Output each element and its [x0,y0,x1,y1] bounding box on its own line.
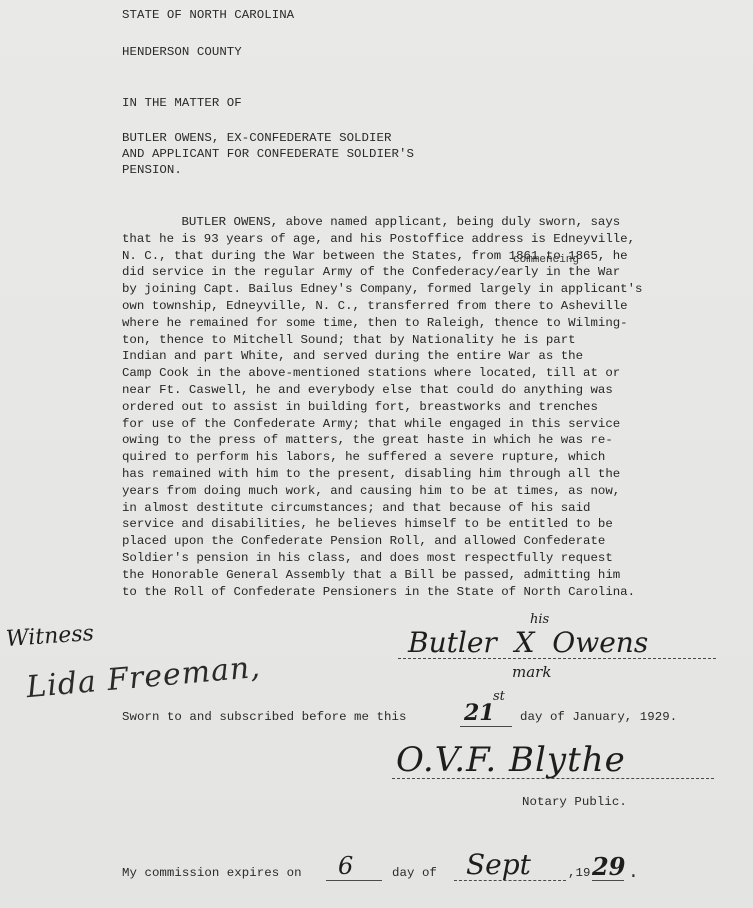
commission-day-line [326,880,382,881]
jurat-suffix: day of January, 1929. [520,710,677,724]
affidavit-line: BUTLER OWENS, above named applicant, bei… [122,214,643,231]
matter-heading: IN THE MATTER OF [122,96,242,110]
affidavit-line: Camp Cook in the above-mentioned station… [122,365,643,382]
affidavit-line: years from doing much work, and causing … [122,483,643,500]
jurat-day-line [460,726,512,727]
notary-signature: O.V.F. Blythe [396,740,626,780]
commission-end: . [628,866,639,880]
document-page: STATE OF NORTH CAROLINA HENDERSON COUNTY… [0,0,753,908]
commission-month: Sept [466,848,531,881]
commission-month-line [454,880,566,881]
affidavit-line: the Honorable General Assembly that a Bi… [122,567,643,584]
affidavit-line: where he remained for some time, then to… [122,315,643,332]
applicant-signature: Butler X Owens [408,626,648,659]
affidavit-line: did service in the regular Army of the C… [122,264,643,281]
caption-line-3: PENSION. [122,163,182,177]
commission-day: 6 [338,852,353,880]
state-heading: STATE OF NORTH CAROLINA [122,8,294,22]
commission-prefix: My commission expires on [122,866,302,880]
affidavit-line: owing to the press of matters, the great… [122,432,643,449]
witness-label: Witness [5,621,94,652]
county-heading: HENDERSON COUNTY [122,45,242,59]
applicant-signature-line [398,658,716,659]
interlineation: commencing [513,254,579,266]
commission-year-prefix: ,19 [568,866,590,880]
affidavit-line: own township, Edneyville, N. C., transfe… [122,298,643,315]
jurat-day: 21 [464,700,495,726]
affidavit-line: for use of the Confederate Army; that wh… [122,416,643,433]
affidavit-line: service and disabilities, he believes hi… [122,516,643,533]
caption-line-1: BUTLER OWENS, EX-CONFEDERATE SOLDIER [122,131,391,145]
affidavit-line: has remained with him to the present, di… [122,466,643,483]
notary-signature-line [392,778,714,779]
mark-below: mark [512,663,551,681]
affidavit-line: ton, thence to Mitchell Sound; that by N… [122,332,643,349]
affidavit-line: by joining Capt. Bailus Edney's Company,… [122,281,643,298]
affidavit-line: to the Roll of Confederate Pensioners in… [122,584,643,601]
witness-signature: Lida Freeman, [25,650,262,705]
affidavit-line: that he is 93 years of age, and his Post… [122,231,643,248]
mark-above: his [530,612,549,627]
affidavit-line: quired to perform his labors, he suffere… [122,449,643,466]
affidavit-line: placed upon the Confederate Pension Roll… [122,533,643,550]
affidavit-line: ordered out to assist in building fort, … [122,399,643,416]
commission-year-suffix: 29 [592,852,625,881]
jurat-prefix: Sworn to and subscribed before me this [122,710,406,724]
affidavit-body: BUTLER OWENS, above named applicant, bei… [122,214,643,600]
affidavit-line: Indian and part White, and served during… [122,348,643,365]
affidavit-line: near Ft. Caswell, he and everybody else … [122,382,643,399]
affidavit-line: in almost destitute circumstances; and t… [122,500,643,517]
notary-title: Notary Public. [522,795,627,809]
affidavit-line: Soldier's pension in his class, and does… [122,550,643,567]
commission-middle: day of [392,866,437,880]
jurat-day-suffix: st [493,689,505,704]
commission-year-line [592,880,624,881]
caption-line-2: AND APPLICANT FOR CONFEDERATE SOLDIER'S [122,147,414,161]
